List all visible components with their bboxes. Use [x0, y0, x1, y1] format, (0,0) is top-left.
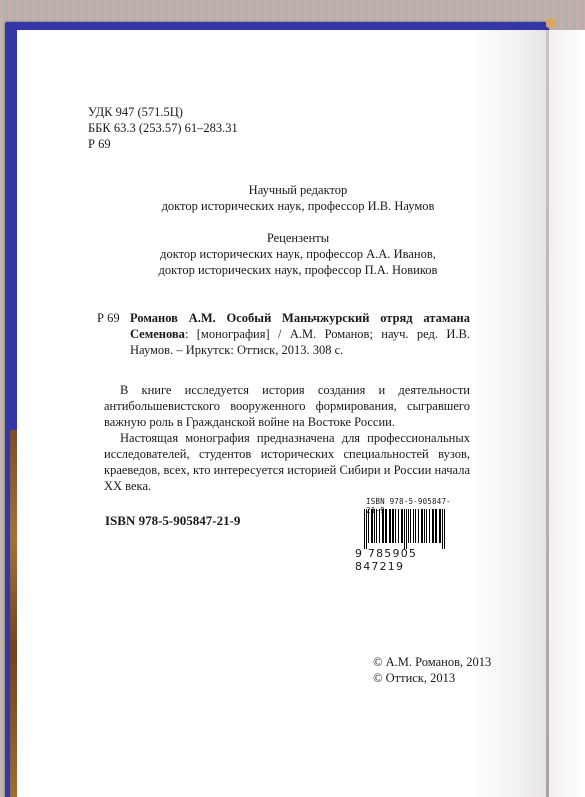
abstract-paragraph-1: В книге исследуется история создания и д… — [104, 382, 470, 430]
abstract: В книге исследуется история создания и д… — [104, 382, 470, 494]
reviewer-1: доктор исторических наук, профессор А.А.… — [80, 246, 516, 262]
page-edge — [546, 30, 549, 797]
right-margin-strip — [549, 30, 585, 797]
bib-body: Романов А.М. Особый Маньчжурский отряд а… — [130, 310, 470, 358]
scientific-editor-block: Научный редактор доктор исторических нау… — [80, 182, 516, 214]
isbn: ISBN 978-5-905847-21-9 — [105, 513, 240, 529]
udk-code: УДК 947 (571.5Ц) — [88, 104, 238, 120]
barcode-digits: 9 785905 847219 — [355, 547, 460, 573]
bbk-code: ББК 63.3 (253.57) 61–283.31 — [88, 120, 238, 136]
reviewers-block: Рецензенты доктор исторических наук, про… — [80, 230, 516, 278]
bib-code: Р 69 — [97, 310, 120, 326]
reviewer-2: доктор исторических наук, профессор П.А.… — [80, 262, 516, 278]
bibliographic-record: Р 69 Романов А.М. Особый Маньчжурский от… — [98, 310, 470, 358]
editor-name: доктор исторических наук, профессор И.В.… — [80, 198, 516, 214]
abstract-paragraph-2: Настоящая монография предназначена для п… — [104, 430, 470, 494]
editor-heading: Научный редактор — [80, 182, 516, 198]
reviewers-heading: Рецензенты — [80, 230, 516, 246]
classification-block: УДК 947 (571.5Ц) ББК 63.3 (253.57) 61–28… — [88, 104, 238, 152]
isbn-barcode: ISBN 978-5-905847-21-9 9 785905 847219 — [360, 497, 460, 565]
cover-corner — [546, 18, 556, 28]
copyright-publisher: © Оттиск, 2013 — [373, 670, 491, 686]
copyright-author: © А.М. Романов, 2013 — [373, 654, 491, 670]
author-sign: Р 69 — [88, 136, 238, 152]
barcode-bars — [360, 509, 460, 549]
copyright-block: © А.М. Романов, 2013 © Оттиск, 2013 — [373, 654, 491, 686]
